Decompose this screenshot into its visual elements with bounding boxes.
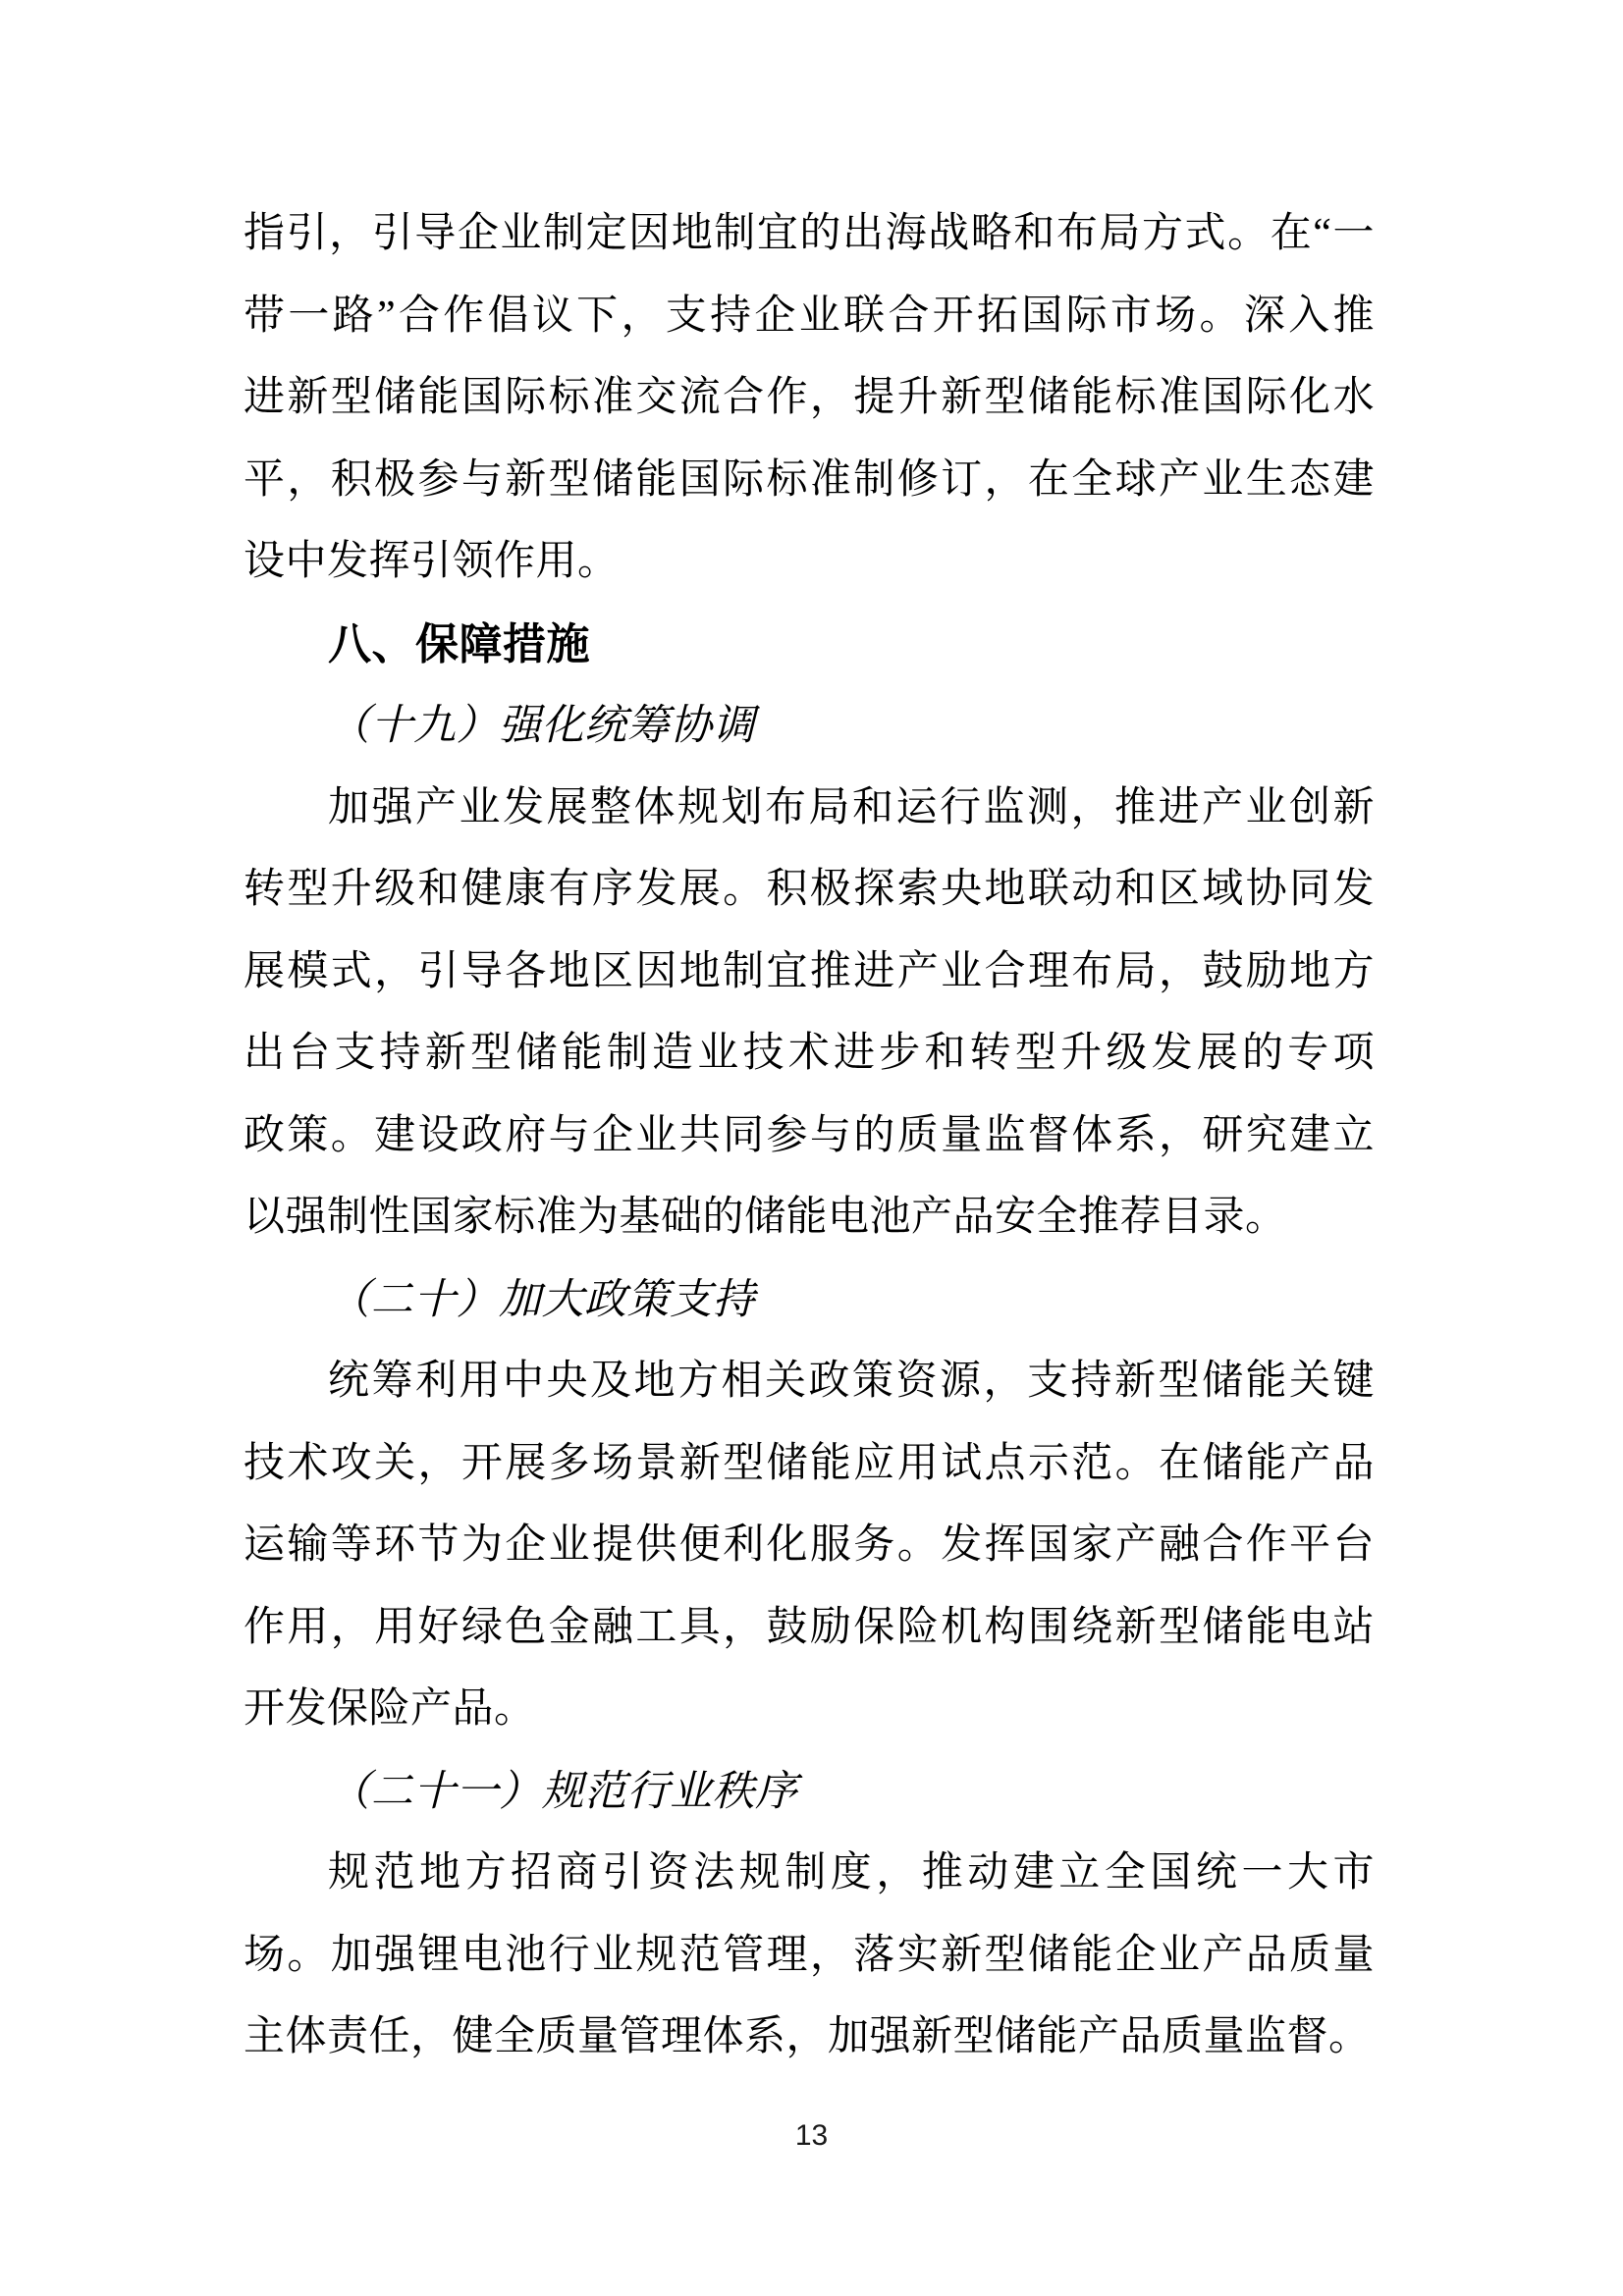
body-text-line: 指引，引导企业制定因地制宜的出海战略和布局方式。在“一 (243, 193, 1375, 276)
body-text-line: 政策。建设政府与企业共同参与的质量监督体系，研究建立 (243, 1095, 1375, 1178)
body-text-line: 开发保险产品。 (243, 1669, 1375, 1751)
body-text-line: 带一路”合作倡议下，支持企业联合开拓国际市场。深入推 (243, 276, 1375, 358)
section-heading: 八、保障措施 (243, 604, 1375, 686)
body-text-line: 转型升级和健康有序发展。积极探索央地联动和区域协同发 (243, 849, 1375, 932)
subsection-heading: （二十）加大政策支持 (243, 1259, 1375, 1342)
body-text-line: 以强制性国家标准为基础的储能电池产品安全推荐目录。 (243, 1177, 1375, 1259)
body-text-line: 统筹利用中央及地方相关政策资源，支持新型储能关键 (243, 1341, 1375, 1423)
body-text-line: 平，积极参与新型储能国际标准制修订，在全球产业生态建 (243, 440, 1375, 522)
document-page: 指引，引导企业制定因地制宜的出海战略和布局方式。在“一带一路”合作倡议下，支持企… (0, 0, 1623, 2296)
page-number: 13 (0, 2116, 1623, 2156)
body-text-line: 展模式，引导各地区因地制宜推进产业合理布局，鼓励地方 (243, 932, 1375, 1014)
body-text-line: 场。加强锂电池行业规范管理，落实新型储能企业产品质量 (243, 1915, 1375, 1998)
document-body: 指引，引导企业制定因地制宜的出海战略和布局方式。在“一带一路”合作倡议下，支持企… (243, 193, 1375, 2079)
body-text-line: 作用，用好绿色金融工具，鼓励保险机构围绕新型储能电站 (243, 1587, 1375, 1670)
body-text-line: 进新型储能国际标准交流合作，提升新型储能标准国际化水 (243, 357, 1375, 440)
subsection-heading: （十九）强化统筹协调 (243, 685, 1375, 768)
body-text-line: 出台支持新型储能制造业技术进步和转型升级发展的专项 (243, 1013, 1375, 1095)
body-text-line: 技术攻关，开展多场景新型储能应用试点示范。在储能产品 (243, 1423, 1375, 1506)
body-text-line: 设中发挥引领作用。 (243, 521, 1375, 604)
subsection-heading: （二十一）规范行业秩序 (243, 1751, 1375, 1834)
body-text-line: 加强产业发展整体规划布局和运行监测，推进产业创新 (243, 768, 1375, 850)
body-text-line: 运输等环节为企业提供便利化服务。发挥国家产融合作平台 (243, 1505, 1375, 1587)
body-text-line: 规范地方招商引资法规制度，推动建立全国统一大市 (243, 1833, 1375, 1915)
body-text-line: 主体责任，健全质量管理体系，加强新型储能产品质量监督。 (243, 1997, 1375, 2079)
